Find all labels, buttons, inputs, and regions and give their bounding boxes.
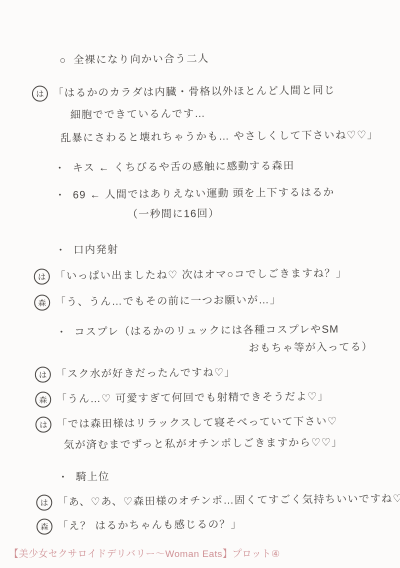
dot-bullet-icon: ・ [55, 161, 66, 176]
note-line: は 「はるかのカラダは内臓・骨格以外ほとんど人間と同じ [32, 82, 398, 102]
line-text: キス ← くちびるや舌の感触に感動する森田 [72, 159, 294, 176]
line-text: コスプレ（はるかのリュックには各種コスプレやSM [74, 323, 339, 341]
line-text: 「うん…♡ 可愛すぎて何回でも射精できそうだよ♡」 [56, 389, 329, 407]
line-text: 「あ、♡あ、♡森田様のオチンポ…固くてすごく気持ちいいですね♡」 [57, 491, 400, 510]
line-text: 全裸になり向かい合う二人 [73, 52, 209, 68]
note-line: 森 「え？ はるかちゃんも感じるの？」 [36, 515, 400, 535]
line-text: 「いっぱい出ましたね♡ 次はオマ○コでしごきますね？」 [55, 266, 347, 284]
line-text: おもちゃ等が入ってる） [249, 340, 373, 356]
speaker-morita-mark: 森 [35, 392, 51, 408]
speaker-haruka-mark: は [35, 417, 51, 433]
line-text: 69 ← 人間ではありえない運動 頭を上下するはるか [73, 186, 335, 204]
scanned-note-page: ○ 全裸になり向かい合う二人 は 「はるかのカラダは内臓・骨格以外ほとんど人間と… [0, 0, 400, 568]
dot-bullet-icon: ・ [56, 325, 67, 340]
handwritten-note: ○ 全裸になり向かい合う二人 は 「はるかのカラダは内臓・骨格以外ほとんど人間と… [0, 42, 400, 535]
line-text: 「う、うん…でもその前に一つお願いが…」 [55, 293, 281, 310]
speaker-haruka-mark: は [35, 367, 51, 383]
line-text: （一秒間に16回） [127, 207, 220, 223]
dot-bullet-icon: ・ [58, 470, 69, 485]
speaker-morita-mark: 森 [36, 519, 52, 535]
line-text: 騎上位 [76, 470, 110, 485]
line-text: 口内発射 [73, 243, 118, 258]
note-line: 森 「う、うん…でもその前に一つお願いが…」 [34, 291, 400, 311]
note-line: は 「あ、♡あ、♡森田様のオチンポ…固くてすごく気持ちいいですね♡」 [36, 491, 400, 511]
speaker-haruka-mark: は [34, 269, 50, 285]
line-text: 「はるかのカラダは内臓・骨格以外ほとんど人間と同じ [53, 83, 336, 101]
line-text: 「では森田様はリラックスして寝そべっていて下さい♡ [56, 414, 337, 432]
note-line: は 「いっぱい出ましたね♡ 次はオマ○コでしごきますね？」 [34, 265, 400, 285]
note-line: は 「スク水が好きだったんですね♡」 [35, 363, 400, 383]
note-line: おもちゃ等が入ってる） [249, 340, 400, 357]
speaker-haruka-mark: は [36, 495, 52, 511]
note-line: 乱暴にさわると壊れちゃうかも… やさしくして下さいね♡♡」 [60, 128, 398, 147]
speaker-haruka-mark: は [32, 86, 48, 102]
note-line: 森 「うん…♡ 可愛すぎて何回でも射精できそうだよ♡」 [35, 388, 400, 408]
dot-bullet-icon: ・ [56, 243, 67, 258]
plot-caption: 【美少女セクサロイドデリバリー〜Woman Eats】プロット④ [9, 546, 280, 560]
note-line: 気が済むまでずっと私がオチンポしごきますから♡♡」 [64, 435, 400, 454]
line-text: 「え？ はるかちゃんも感じるの？」 [57, 517, 242, 534]
note-line: ・ 口内発射 [56, 240, 400, 259]
speaker-morita-mark: 森 [34, 295, 50, 311]
line-text: 気が済むまでずっと私がオチンポしごきますから♡♡」 [64, 436, 343, 454]
note-line: ・ 69 ← 人間ではありえない運動 頭を上下するはるか [55, 185, 399, 204]
note-line: ・ キス ← くちびるや舌の感触に感動する森田 [55, 158, 399, 177]
note-line: ○ 全裸になり向かい合う二人 [60, 50, 398, 69]
note-line: は 「では森田様はリラックスして寝そべっていて下さい♡ [35, 413, 400, 433]
line-text: 「スク水が好きだったんですね♡」 [56, 365, 236, 382]
note-line: ・ 騎上位 [58, 467, 400, 486]
ring-bullet-icon: ○ [60, 53, 67, 68]
line-text: 細胞でできているんです… [70, 107, 206, 123]
note-line: 細胞でできているんです… [70, 105, 398, 123]
note-line: ・ コスプレ（はるかのリュックには各種コスプレやSM [56, 322, 400, 341]
dot-bullet-icon: ・ [55, 188, 66, 203]
line-text: 乱暴にさわると壊れちゃうかも… やさしくして下さいね♡♡」 [60, 128, 378, 146]
note-line: （一秒間に16回） [127, 205, 399, 223]
